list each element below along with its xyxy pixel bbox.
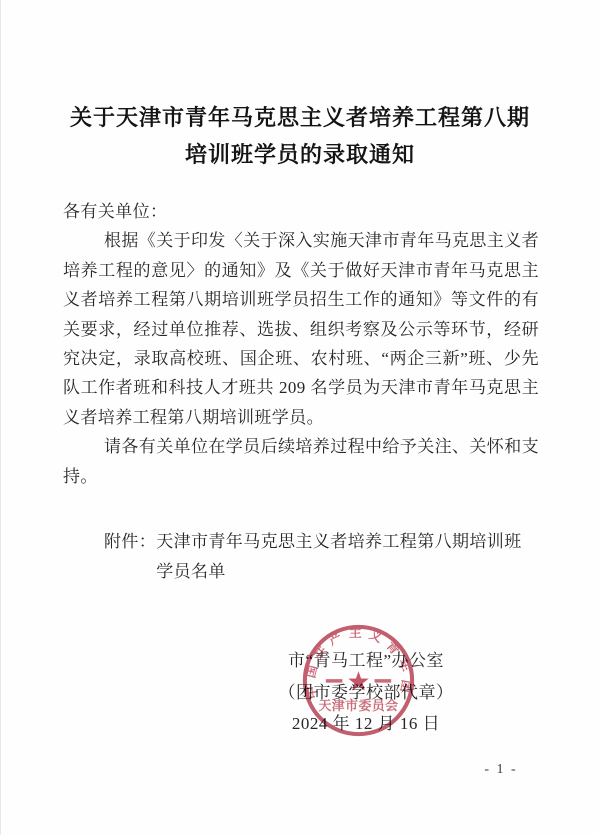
attachment-text: 天津市青年马克思主义者培养工程第八期培训班 学员名单 (156, 527, 521, 587)
attachment-line-2: 学员名单 (156, 557, 521, 587)
page-number: - 1 - (471, 762, 531, 778)
signature-office: 市“青马工程”办公室 (249, 645, 483, 677)
salutation: 各有关单位： (63, 197, 539, 226)
attachment-label: 附件： (104, 527, 156, 557)
title-line-2: 培训班学员的录取通知 (41, 136, 559, 173)
title-line-1: 关于天津市青年马克思主义者培养工程第八期 (41, 99, 559, 136)
signature-block: 市“青马工程”办公室 （团市委学校部代章） 2024 年 12 月 16 日 (249, 645, 483, 740)
document-page: 关于天津市青年马克思主义者培养工程第八期 培训班学员的录取通知 各有关单位： 根… (0, 0, 599, 835)
paragraph-2: 请各有关单位在学员后续培养过程中给予关注、关怀和支持。 (63, 432, 539, 491)
paragraph-1: 根据《关于印发〈关于深入实施天津市青年马克思主义者培养工程的意见〉的通知》及《关… (63, 226, 539, 432)
signature-note: （团市委学校部代章） (249, 677, 483, 709)
document-title: 关于天津市青年马克思主义者培养工程第八期 培训班学员的录取通知 (41, 99, 559, 173)
attachment-line-1: 天津市青年马克思主义者培养工程第八期培训班 (156, 527, 521, 557)
document-body: 各有关单位： 根据《关于印发〈关于深入实施天津市青年马克思主义者培养工程的意见〉… (63, 197, 539, 491)
signature-date: 2024 年 12 月 16 日 (249, 708, 483, 740)
attachment-note: 附件： 天津市青年马克思主义者培养工程第八期培训班 学员名单 (104, 527, 522, 587)
